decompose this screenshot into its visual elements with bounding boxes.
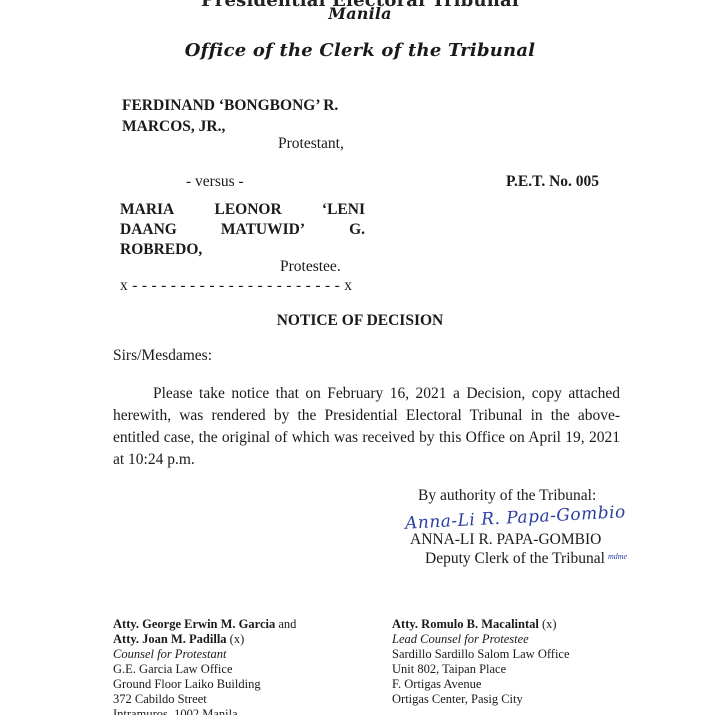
name-word: DAANG [120, 221, 177, 239]
protestant-name-line1: FERDINAND ‘BONGBONG’ R. [122, 97, 338, 115]
versus: - versus - [186, 173, 244, 191]
attorney-name: Atty. Romulo B. Macalintal [392, 617, 539, 631]
name-word: ‘LENI [322, 201, 365, 219]
name-word: LEONOR [214, 201, 281, 219]
copy-mark: (x) [539, 617, 557, 631]
notice-body: Please take notice that on February 16, … [113, 383, 620, 471]
signatory-name: ANNA-LI R. PAPA-GOMBIO [410, 531, 601, 549]
copy-mark: (x) [227, 632, 245, 646]
counsel-role: Counsel for Protestant [113, 647, 296, 662]
name-word: MATUWID’ [221, 221, 305, 239]
authority-line: By authority of the Tribunal: [418, 487, 596, 505]
address-line: Intramuros, 1002 Manila [113, 707, 296, 715]
protestee-name-line3: ROBREDO, [120, 241, 202, 259]
counsel-protestee-block: Atty. Romulo B. Macalintal (x) Lead Coun… [392, 617, 570, 707]
notice-body-text: Please take notice that on February 16, … [113, 385, 620, 468]
address-line: G.E. Garcia Law Office [113, 662, 296, 677]
handwritten-signature: Anna-Li R. Papa-Gombio [405, 502, 627, 534]
office-header: Office of the Clerk of the Tribunal [0, 40, 720, 61]
conjunction: and [275, 617, 296, 631]
attorney-name: Atty. George Erwin M. Garcia [113, 617, 275, 631]
salutation: Sirs/Mesdames: [113, 347, 212, 365]
caption-separator: x - - - - - - - - - - - - - - - - - - - … [120, 277, 352, 295]
attorney-name: Atty. Joan M. Padilla [113, 632, 227, 646]
address-line: Sardillo Sardillo Salom Law Office [392, 647, 570, 662]
address-line: F. Ortigas Avenue [392, 677, 570, 692]
address-line: Ground Floor Laiko Building [113, 677, 296, 692]
case-number: P.E.T. No. 005 [506, 173, 599, 191]
counsel-role: Lead Counsel for Protestee [392, 632, 570, 647]
notice-title: NOTICE OF DECISION [0, 312, 720, 330]
name-word: G. [349, 221, 365, 239]
signatory-title: Deputy Clerk of the Tribunal [425, 550, 605, 568]
counsel-protestant-block: Atty. George Erwin M. Garcia and Atty. J… [113, 617, 296, 715]
address-line: Ortigas Center, Pasig City [392, 692, 570, 707]
initials-mark: mdme [608, 552, 627, 561]
city-header: Manila [0, 4, 720, 23]
protestant-role: Protestant, [278, 135, 344, 153]
name-word: MARIA [120, 201, 174, 219]
protestant-name-line2: MARCOS, JR., [122, 118, 225, 136]
protestee-role: Protestee. [280, 258, 341, 276]
address-line: 372 Cabildo Street [113, 692, 296, 707]
address-line: Unit 802, Taipan Place [392, 662, 570, 677]
protestee-name-line2: DAANG MATUWID’ G. [120, 221, 365, 239]
protestee-name-line1: MARIA LEONOR ‘LENI [120, 201, 365, 219]
